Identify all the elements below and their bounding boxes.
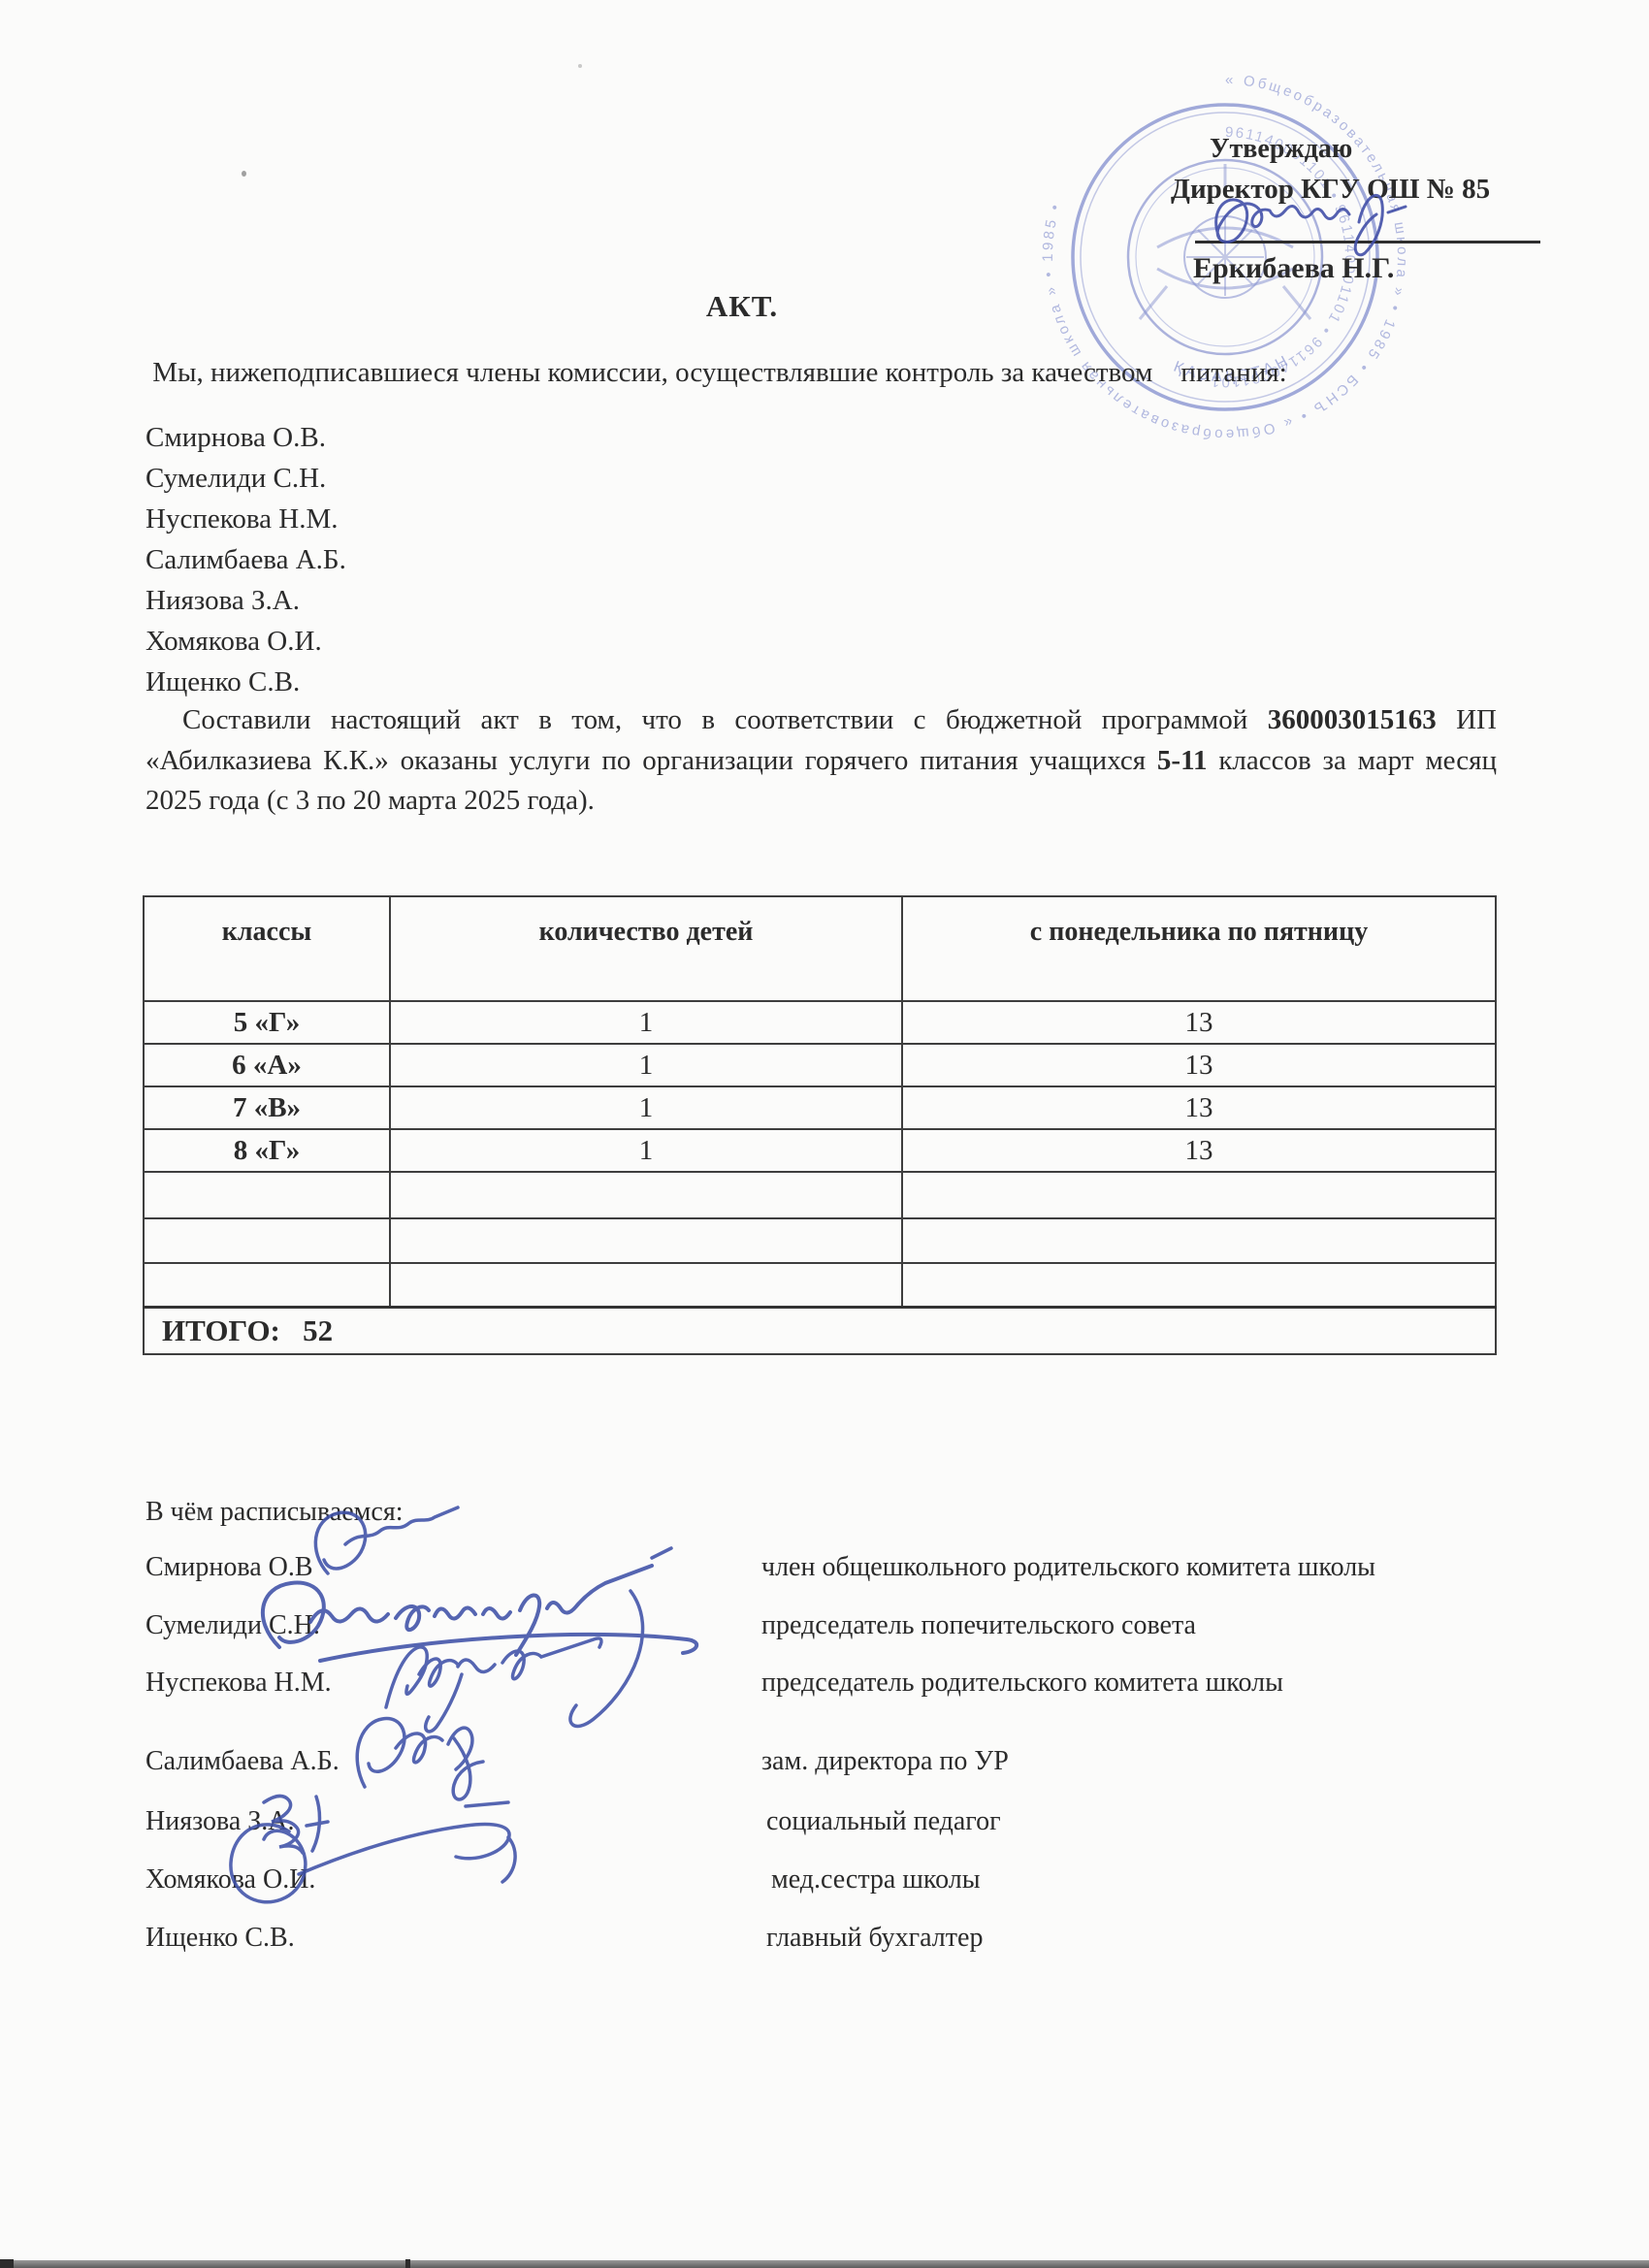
member-item: Ниязова З.А.	[145, 580, 346, 621]
signer-role: член общешкольного родительского комитет…	[761, 1552, 1375, 1583]
table-row: 6 «А» 1 13	[144, 1044, 1496, 1086]
col-header-mon-fri: с понедельника по пятницу	[902, 896, 1496, 1001]
scan-speck	[242, 171, 246, 177]
cell-class: 8 «Г»	[144, 1129, 390, 1172]
document-title: АКТ.	[0, 289, 1484, 324]
cell-days: 13	[902, 1086, 1496, 1129]
cell-count: 1	[390, 1129, 902, 1172]
member-item: Салимбаева А.Б.	[145, 539, 346, 580]
table-row: 5 «Г» 1 13	[144, 1001, 1496, 1044]
cell-count: 1	[390, 1001, 902, 1044]
member-item: Ищенко С.В.	[145, 662, 346, 702]
member-item: Хомякова О.И.	[145, 621, 346, 662]
col-header-classes: классы	[144, 896, 390, 1001]
total-label: ИТОГО:	[162, 1313, 280, 1347]
commission-members-list: Смирнова О.В. Сумелиди С.Н. Нуспекова Н.…	[145, 417, 346, 702]
signer-role: председатель родительского комитета школ…	[761, 1668, 1283, 1699]
member-item: Нуспекова Н.М.	[145, 499, 346, 539]
cell-class: 7 «В»	[144, 1086, 390, 1129]
director-signature	[1198, 179, 1518, 272]
cell-days: 13	[902, 1001, 1496, 1044]
approval-word: Утверждаю	[1210, 134, 1352, 165]
meals-table: классы количество детей с понедельника п…	[143, 895, 1497, 1355]
member-item: Сумелиди С.Н.	[145, 458, 346, 499]
body-text: Составили настоящий акт в том, что в соо…	[182, 704, 1268, 735]
scan-speck	[578, 64, 582, 68]
table-row: 8 «Г» 1 13	[144, 1129, 1496, 1172]
grades-range: 5-11	[1157, 745, 1208, 776]
cell-class: 5 «Г»	[144, 1001, 390, 1044]
cell-count: 1	[390, 1086, 902, 1129]
cell-days: 13	[902, 1044, 1496, 1086]
table-row-empty	[144, 1218, 1496, 1263]
cell-class: 6 «А»	[144, 1044, 390, 1086]
total-value: 52	[303, 1313, 333, 1347]
signer-role: председатель попечительского совета	[761, 1610, 1196, 1641]
table-row: 7 «В» 1 13	[144, 1086, 1496, 1129]
member-item: Смирнова О.В.	[145, 417, 346, 458]
scan-edge-notch	[0, 2259, 14, 2268]
committee-signatures	[175, 1494, 805, 1950]
col-header-children-count: количество детей	[390, 896, 902, 1001]
cell-days: 13	[902, 1129, 1496, 1172]
act-body-paragraph: Составили настоящий акт в том, что в соо…	[145, 700, 1497, 822]
scan-edge	[0, 2260, 1649, 2268]
scan-edge-notch	[405, 2259, 410, 2268]
cell-count: 1	[390, 1044, 902, 1086]
act-document-page: « Общеобразовательная школа » • 1985 • Б…	[0, 0, 1649, 2268]
intro-paragraph: Мы, нижеподписавшиеся члены комиссии, ос…	[145, 357, 1523, 389]
table-header-row: классы количество детей с понедельника п…	[144, 896, 1496, 1001]
budget-program-number: 360003015163	[1268, 704, 1437, 735]
table-total-row: ИТОГО: 52	[144, 1307, 1496, 1354]
table-row-empty	[144, 1172, 1496, 1218]
table-row-empty	[144, 1263, 1496, 1307]
